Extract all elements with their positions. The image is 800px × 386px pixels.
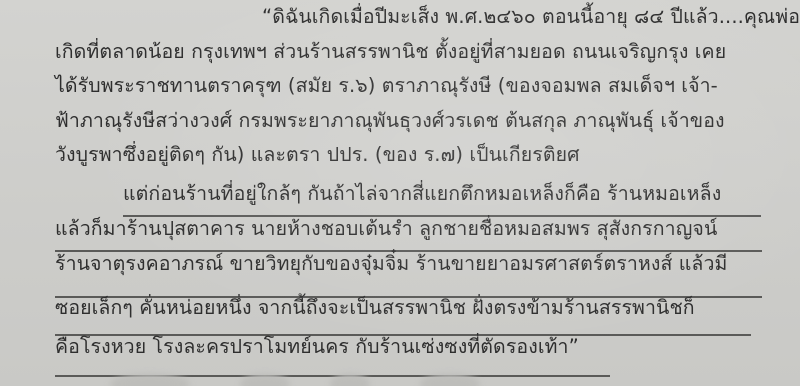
text-line: ซอยเล็กๆ คั่นหน่อยหนึ่ง จากนี้ถึงจะเป็นส… [55, 295, 695, 321]
text-line: คือโรงหวย โรงละครปราโมทย์นคร กับร้านเซ่ง… [55, 334, 579, 360]
text-line: ฟ้าภาณุรังษีสว่างวงศ์ กรมพระยาภาณุพันธุว… [55, 108, 725, 134]
text-line: เกิดที่ตลาดน้อย กรุงเทพฯ ส่วนร้านสรรพานิ… [55, 39, 726, 65]
text-line: แล้วก็มาร้านปุสตาคาร นายห้างชอบเต้นรำ ลู… [55, 216, 717, 242]
text-line: “ดิฉันเกิดเมื่อปีมะเส็ง พ.ศ.๒๔๖๐ ตอนนี้อ… [262, 4, 800, 30]
book-page: “ดิฉันเกิดเมื่อปีมะเส็ง พ.ศ.๒๔๖๐ ตอนนี้อ… [0, 0, 800, 386]
text-line: วังบูรพาซึ่งอยู่ติดๆ กัน) และตรา ปปร. (ข… [55, 142, 580, 168]
text-line: แต่ก่อนร้านที่อยู่ใกล้ๆ กันถ้าไล่จากสี่แ… [123, 181, 721, 207]
text-line: ร้านจาตุรงคอาภรณ์ ขายวิทยุกับของจุ๋มจิ๋ม… [55, 251, 727, 277]
text-line: ได้รับพระราชทานตราครุฑ (สมัย ร.๖) ตราภาณ… [55, 73, 718, 99]
